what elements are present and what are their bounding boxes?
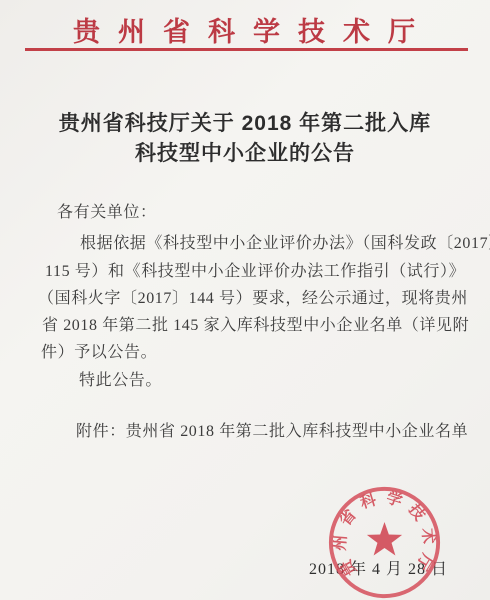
document-title: 贵州省科技厅关于 2018 年第二批入库 科技型中小企业的公告 [0,109,490,169]
attachment-line: 附件：贵州省 2018 年第二批入库科技型中小企业名单 [76,418,468,441]
body-line: 115 号）和《科技型中小企业评价办法工作指引（试行）》 [45,258,465,281]
letterhead-rule [25,48,468,51]
document-title-line1: 贵州省科技厅关于 2018 年第二批入库 [0,109,490,139]
body-line: 省 2018 年第二批 145 家入库科技型中小企业名单（详见附 [42,312,469,335]
scanned-official-document: 贵州省科学技术厅 贵州省科技厅关于 2018 年第二批入库 科技型中小企业的公告… [0,0,490,600]
body-line: 根据依据《科技型中小企业评价办法》（国科发政〔2017〕 [80,230,490,253]
body-line: （国科火字〔2017〕144 号）要求，经公示通过，现将贵州 [38,285,468,308]
official-seal: 贵州省科学技术厅 [326,484,443,600]
body-line: 件）予以公告。 [41,339,157,362]
closing-line: 特此公告。 [79,367,162,390]
document-title-line2: 科技型中小企业的公告 [0,139,490,169]
letterhead-title: 贵州省科学技术厅 [0,10,490,49]
salutation: 各有关单位： [57,199,157,222]
seal-star-icon [367,522,402,556]
